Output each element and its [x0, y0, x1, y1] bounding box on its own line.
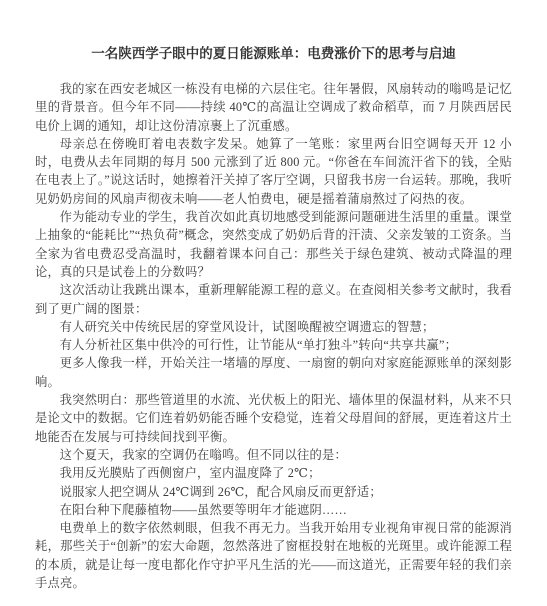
- paragraph: 更多人像我一样，开始关注一堵墙的厚度、一扇窗的朝向对家庭能源账单的深刻影响。: [35, 354, 512, 391]
- paragraph: 电费单上的数字依然刺眼，但我不再无力。当我开始用专业视角审视日常的能源消耗，那些…: [35, 519, 512, 592]
- paragraph: 有人研究关中传统民居的穿堂风设计，试图唤醒被空调遗忘的智慧；: [35, 318, 512, 336]
- document-title: 一名陕西学子眼中的夏日能源账单：电费涨价下的思考与启迪: [35, 44, 512, 64]
- paragraph: 母亲总在傍晚盯着电表数字发呆。她算了一笔账：家里两台旧空调每天开 12 小时，电…: [35, 135, 512, 208]
- paragraph: 在阳台种下爬藤植物——虽然要等明年才能遮阴……: [35, 501, 512, 519]
- paragraph: 这次活动让我跳出课本，重新理解能源工程的意义。在查阅相关参考文献时，我看到了更广…: [35, 281, 512, 318]
- paragraph: 这个夏天，我家的空调仍在嗡鸣。但不同以往的是：: [35, 446, 512, 464]
- paragraph: 我突然明白：那些管道里的水流、光伏板上的阳光、墙体里的保温材料，从来不只是论文中…: [35, 391, 512, 446]
- paragraph: 有人分析社区集中供冷的可行性，让节能从“单打独斗”转向“共享共赢”；: [35, 336, 512, 354]
- document-page: 一名陕西学子眼中的夏日能源账单：电费涨价下的思考与启迪 我的家在西安老城区一栋没…: [0, 0, 547, 606]
- paragraph: 我的家在西安老城区一栋没有电梯的六层住宅。往年暑假，风扇转动的嗡鸣是记忆里的背景…: [35, 80, 512, 135]
- paragraph: 我用反光膜贴了西侧窗户，室内温度降了 2℃；: [35, 464, 512, 482]
- document-body: 我的家在西安老城区一栋没有电梯的六层住宅。往年暑假，风扇转动的嗡鸣是记忆里的背景…: [35, 80, 512, 592]
- paragraph: 作为能动专业的学生，我首次如此真切地感受到能源问题砸进生活里的重量。课堂上抽象的…: [35, 208, 512, 281]
- paragraph: 说服家人把空调从 24℃调到 26℃，配合风扇反而更舒适；: [35, 483, 512, 501]
